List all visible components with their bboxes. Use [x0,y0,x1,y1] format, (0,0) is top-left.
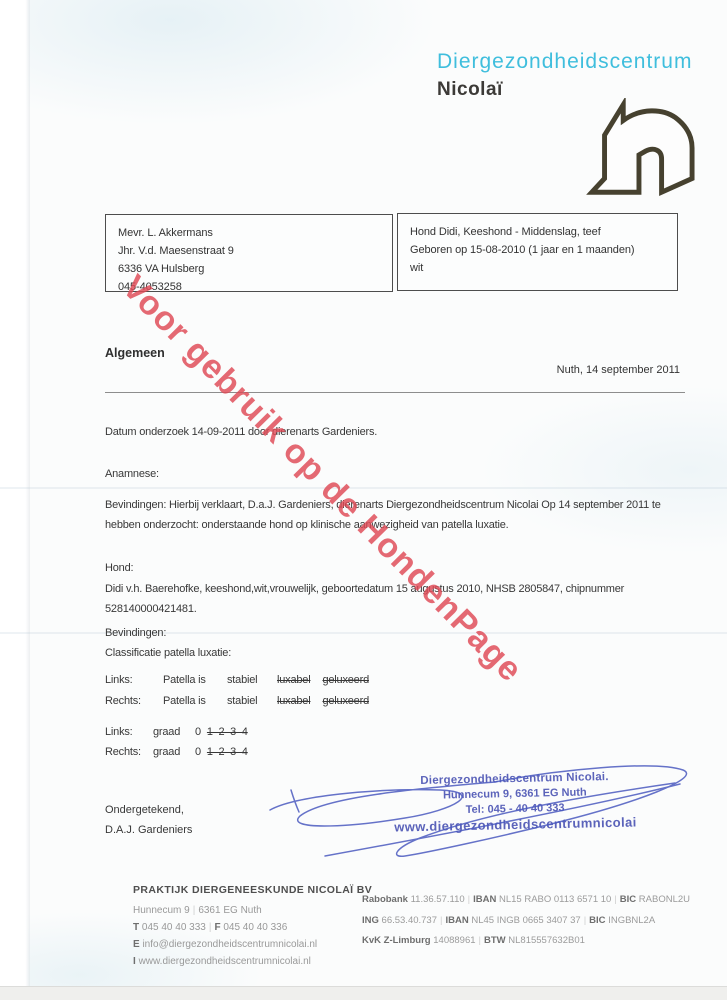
grade-row-right: Rechts:graad01 2 3 4 [105,746,248,758]
paper-crease [0,487,727,489]
footer-ing-value: 66.53.40.737 [382,915,437,926]
footer-tel-label: T [133,922,139,933]
footer-street: Hunnecum 9 [133,905,190,916]
footer-tel-value: 045 40 40 333 [142,922,206,933]
footer-web-line: I www.diergezondheidscentrumnicolai.nl [133,953,317,970]
footer-iban-value: NL15 RABO 0113 6571 10 [499,894,611,905]
footer-email-line: E info@diergezondheidscentrumnicolai.nl [133,936,317,953]
owner-address-box: Mevr. L. Akkermans Jhr. V.d. Maesenstraa… [105,214,393,292]
footer-email-value: info@diergezondheidscentrumnicolai.nl [142,939,317,950]
anamnese-label: Anamnese: [105,468,159,480]
patella-option-struck: luxabel [277,695,310,707]
grade-value: 0 [195,746,201,758]
footer-separator: | [611,894,619,905]
grade-label: graad [153,726,195,738]
footer-city: 6361 EG Nuth [198,905,261,916]
findings-label: Bevindingen: [105,627,166,639]
owner-street: Jhr. V.d. Maesenstraat 9 [118,242,380,260]
footer-kvk-label: KvK Z-Limburg [362,935,431,946]
footer-separator: | [465,894,473,905]
handwritten-signature [255,748,715,873]
horizontal-rule [105,392,685,393]
row-side-label: Rechts: [105,746,153,758]
signoff-line1: Ondergetekend, [105,800,192,820]
footer-address-line: Hunnecum 9|6361 EG Nuth [133,902,317,919]
footer-web-value: www.diergezondheidscentrumnicolai.nl [139,956,311,967]
dog-birthdate: Geboren op 15-08-2010 (1 jaar en 1 maand… [410,241,665,259]
footer-ing-label: ING [362,915,379,926]
footer-btw-value: NL815557632B01 [508,935,585,946]
row-side-label: Links: [105,726,153,738]
patella-label: Patella is [163,674,227,686]
patella-option-struck: luxabel [277,674,310,686]
footer-web-label: I [133,956,136,967]
section-title: Algemeen [105,346,165,360]
footer-separator: | [581,915,589,926]
dog-label: Hond: [105,562,133,574]
footer-bic-label: BIC [589,915,605,926]
dog-detail-line2: 528140000421481. [105,603,197,615]
scanned-document-page: Diergezondheidscentrum Nicolaï Mevr. L. … [0,0,727,1000]
signoff-block: Ondergetekend, D.A.J. Gardeniers [105,800,192,840]
footer-rabobank-label: Rabobank [362,894,408,905]
footer-rabobank-value: 11.36.57.110 [411,894,465,905]
clinic-n-logo-icon [578,98,696,198]
footer-separator: | [476,935,484,946]
scan-edge-artifact-bottom [0,986,727,1000]
patella-label: Patella is [163,695,227,707]
grade-options-struck: 1 2 3 4 [207,726,248,738]
patella-result: stabiel [227,674,277,686]
patella-row-right: Rechts:Patella isstabielluxabelgeluxeerd [105,695,369,707]
dog-color: wit [410,259,665,277]
grade-row-left: Links:graad01 2 3 4 [105,726,248,738]
signoff-line2: D.A.J. Gardeniers [105,820,192,840]
footer-email-label: E [133,939,140,950]
exam-date-line: Datum onderzoek 14-09-2011 door dierenar… [105,426,377,438]
patella-result: stabiel [227,695,277,707]
footer-bic-value: RABONL2U [639,894,690,905]
footer-bic-value: INGBNL2A [608,915,655,926]
footer-bank-line2: ING 66.53.40.737|IBAN NL45 INGB 0665 340… [362,911,690,932]
footer-registration-line: KvK Z-Limburg 14088961|BTW NL815557632B0… [362,931,690,952]
owner-name: Mevr. L. Akkermans [118,224,380,242]
owner-city: 6336 VA Hulsberg [118,260,380,278]
footer-bank-column: Rabobank 11.36.57.110|IBAN NL15 RABO 011… [362,890,690,952]
row-side-label: Links: [105,674,163,686]
findings-line2: hebben onderzocht: onderstaande hond op … [105,519,509,531]
footer-fax-label: F [214,922,220,933]
clinic-brand: Diergezondheidscentrum Nicolaï [437,50,692,101]
patella-option-struck: geluxeerd [322,674,369,686]
footer-company-name: PRAKTIJK DIERGENEESKUNDE NICOLAÏ BV [133,884,372,896]
dog-name-breed: Hond Didi, Keeshond - Middenslag, teef [410,223,665,241]
dog-info-box: Hond Didi, Keeshond - Middenslag, teef G… [397,213,678,291]
scan-edge-artifact-left [0,0,30,1000]
footer-contact-column: Hunnecum 9|6361 EG Nuth T 045 40 40 333|… [133,902,317,970]
footer-fax-value: 045 40 40 336 [223,922,287,933]
grade-label: graad [153,746,195,758]
footer-phone-line: T 045 40 40 333|F 045 40 40 336 [133,919,317,936]
footer-iban-label: IBAN [473,894,496,905]
footer-bic-label: BIC [620,894,636,905]
grade-options-struck: 1 2 3 4 [207,746,248,758]
footer-iban-label: IBAN [445,915,468,926]
row-side-label: Rechts: [105,695,163,707]
footer-kvk-value: 14088961 [433,935,475,946]
footer-btw-label: BTW [484,935,506,946]
place-date-line: Nuth, 14 september 2011 [557,364,680,376]
dog-detail-line1: Didi v.h. Baerehofke, keeshond,wit,vrouw… [105,583,624,595]
findings-line1: Bevindingen: Hierbij verklaart, D.a.J. G… [105,499,661,511]
clinic-name-line1: Diergezondheidscentrum [437,50,692,74]
hondenpage-watermark: Voor gebruik op de HondenPage [114,268,530,690]
owner-phone: 045-4053258 [118,278,380,296]
classification-label: Classificatie patella luxatie: [105,647,231,659]
grade-value: 0 [195,726,201,738]
patella-option-struck: geluxeerd [322,695,369,707]
patella-row-left: Links:Patella isstabielluxabelgeluxeerd [105,674,369,686]
footer-iban-value: NL45 INGB 0665 3407 37 [471,915,580,926]
footer-bank-line1: Rabobank 11.36.57.110|IBAN NL15 RABO 011… [362,890,690,911]
